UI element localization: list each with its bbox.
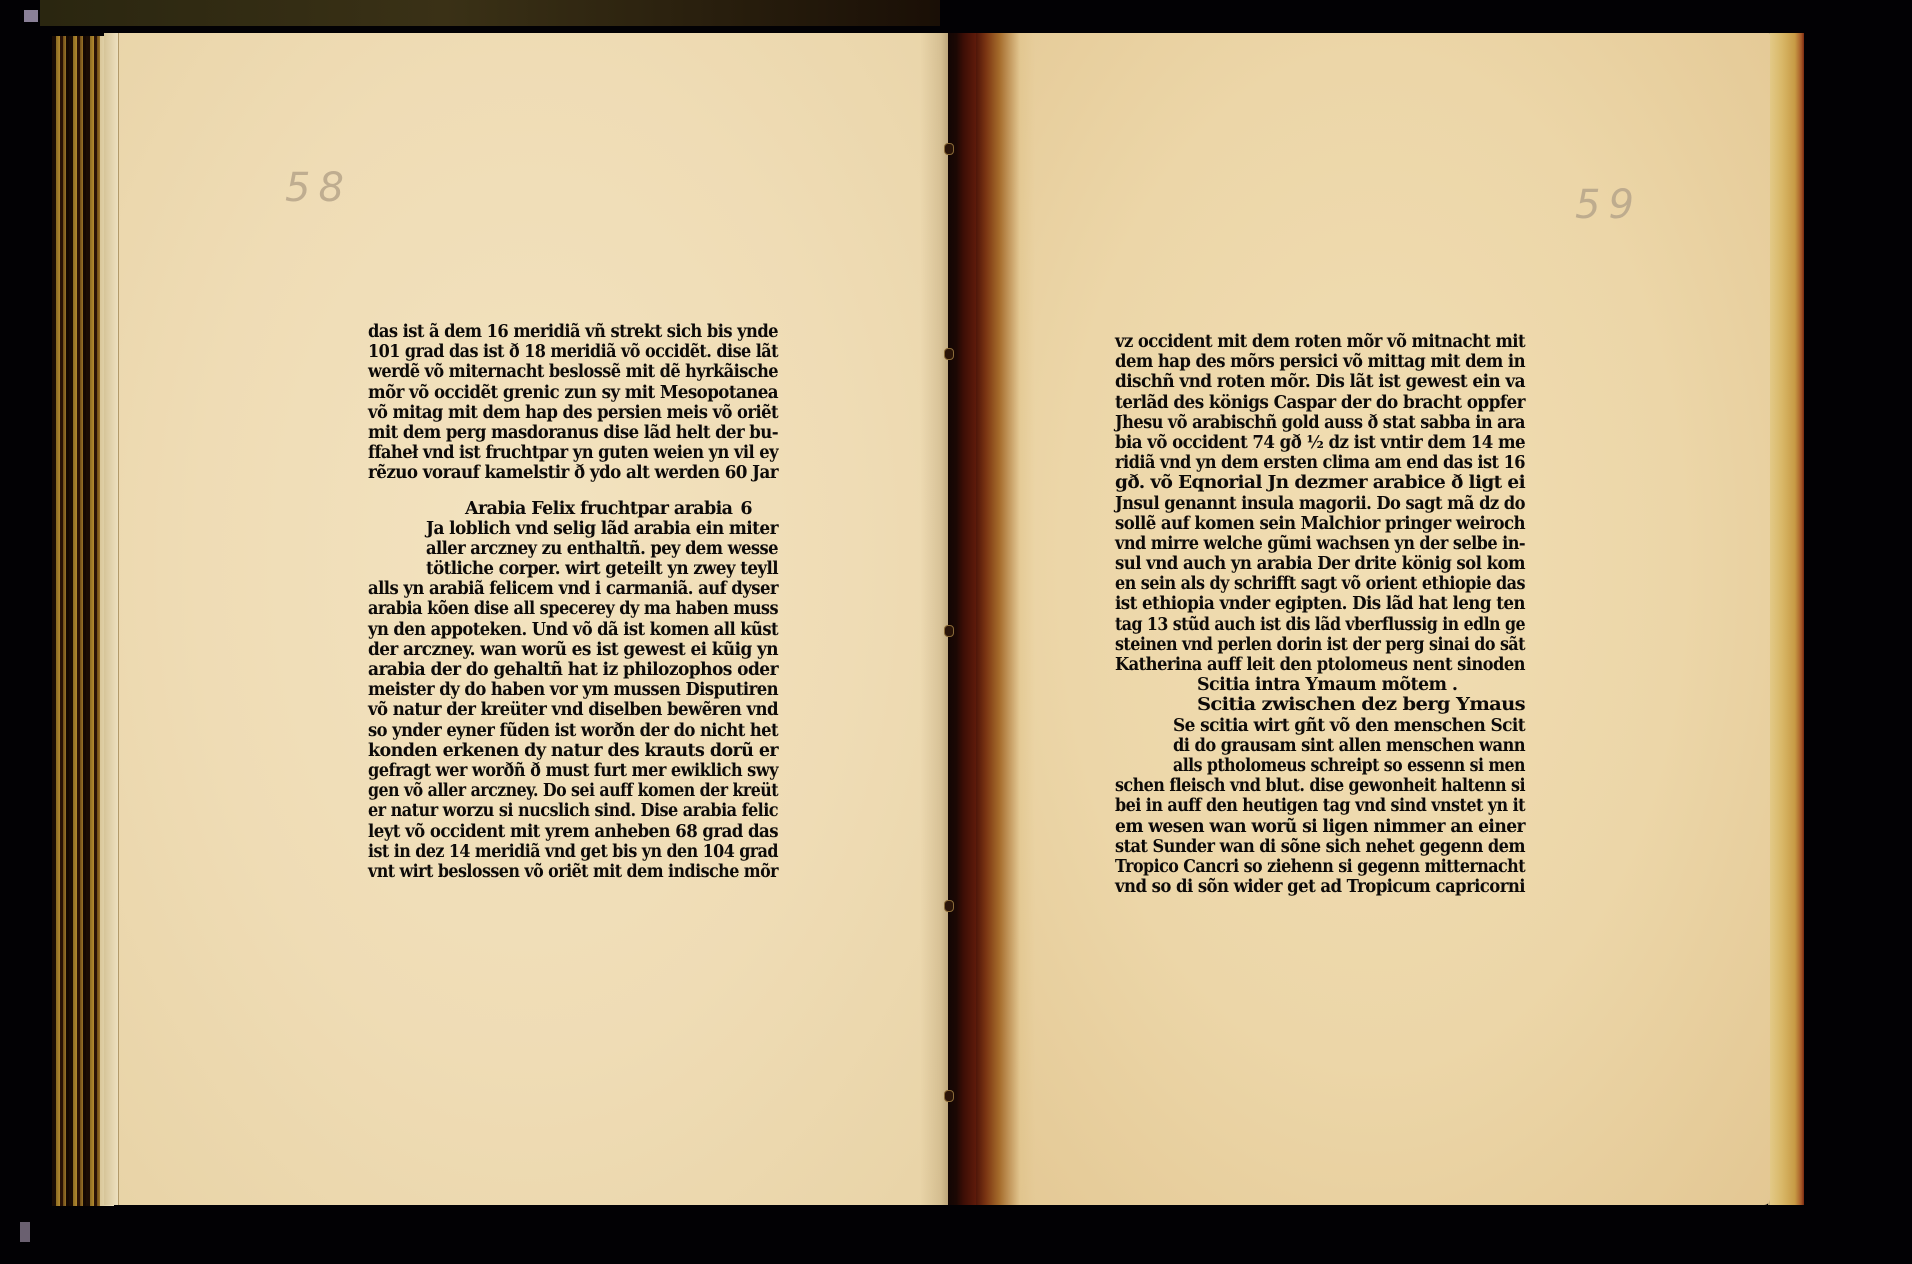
section-number: 6 [740, 499, 752, 519]
right-page-edges [1768, 33, 1804, 1205]
text-line: vnt wirt beslossen võ oriẽt mit dem indi… [368, 862, 778, 882]
text-line: võ mitag mit dem hap des persien meis võ… [368, 403, 778, 423]
text-line: aller arczney zu enthaltñ. pey dem wesse [368, 539, 778, 559]
text-line: Tropico Cancri so ziehenn si gegenn mitt… [1115, 857, 1525, 877]
text-line: bei in auff den heutigen tag vnd sind vn… [1115, 796, 1525, 816]
text-line: em wesen wan worũ si ligen nimmer an ein… [1115, 817, 1525, 837]
text-line: so ynder eyner fũden ist worðn der do ni… [368, 721, 778, 741]
text-line: Se scitia wirt gñt võ den menschen Scit [1115, 716, 1525, 736]
text-line: rẽzuo vorauf kamelstir ð ydo alt werden … [368, 463, 778, 483]
section-subheading: Scitia zwischen dez berg Ymaus [1115, 695, 1525, 715]
text-line: konden erkenen dy natur des krauts dorũ … [368, 741, 778, 761]
text-line: gen võ aller arczney. Do sei auff komen … [368, 781, 778, 801]
left-text-block: das ist ã dem 16 meridiã vñ strekt sich … [368, 322, 778, 882]
text-line: bia võ occident 74 gð ½ dz ist vntir dem… [1115, 433, 1525, 453]
page-number-right: 59 [1575, 182, 1642, 228]
paragraph-gap [368, 484, 778, 499]
text-line: dem hap des mõrs persici võ mittag mit d… [1115, 352, 1525, 372]
binding-stitch [944, 143, 954, 155]
text-line: Ja loblich vnd selig lãd arabia ein mite… [368, 519, 778, 539]
text-line: võ natur der kreüter vnd diselben bewẽre… [368, 700, 778, 720]
text-line: werdẽ võ miternacht beslossẽ mit dẽ hyrk… [368, 362, 778, 382]
book-cover-top-edge [40, 0, 940, 26]
text-line: terlãd des königs Caspar der do bracht o… [1115, 393, 1525, 413]
text-line: tag 13 stũd auch ist dis lãd vberflussig… [1115, 615, 1525, 635]
text-line: stat Sunder wan di sõne sich nehet gegen… [1115, 837, 1525, 857]
text-line: steinen vnd perlen dorin ist der perg si… [1115, 635, 1525, 655]
text-line: alls yn arabiã felicem vnd i carmaniã. a… [368, 579, 778, 599]
book-spine [948, 33, 976, 1205]
text-line: ist ethiopia vnder egipten. Dis lãd hat … [1115, 594, 1525, 614]
section-heading: Arabia Felix fruchtpar arabia 6 [368, 499, 778, 519]
right-text-block: vz occident mit dem roten mõr võ mitnach… [1115, 332, 1525, 897]
text-line: mõr võ occidẽt grenic zun sy mit Mesopot… [368, 383, 778, 403]
scan-marker [24, 10, 38, 22]
text-line: mit dem perg masdoranus dise lãd helt de… [368, 423, 778, 443]
text-line: tötliche corper. wirt geteilt yn zwey te… [368, 559, 778, 579]
text-line: dischñ vnd roten mõr. Dis lãt ist gewest… [1115, 372, 1525, 392]
binding-stitch [944, 900, 954, 912]
text-line: di do grausam sint allen menschen wann [1115, 736, 1525, 756]
text-line: sollẽ auf komen sein Malchior pringer we… [1115, 514, 1525, 534]
page-number-left: 58 [285, 165, 352, 211]
text-line: 101 grad das ist ð 18 meridiã võ occidẽt… [368, 342, 778, 362]
text-line: ist in dez 14 meridiã vnd get bis yn den… [368, 842, 778, 862]
book-scan: 58 59 das ist ã dem 16 meridiã vñ strekt… [0, 0, 1912, 1264]
section-heading: Scitia intra Ymaum mõtem . [1115, 675, 1525, 695]
text-line: er natur worzu si nucslich sind. Dise ar… [368, 801, 778, 821]
scan-marker-bottom [20, 1222, 30, 1242]
binding-stitch [944, 625, 954, 637]
text-line: Jnsul genannt insula magorii. Do sagt mã… [1115, 494, 1525, 514]
text-line: Katherina auff leit den ptolomeus nent s… [1115, 655, 1525, 675]
text-line: vnd so di sõn wider get ad Tropicum capr… [1115, 877, 1525, 897]
text-line: arabia kõen dise all specerey dy ma habe… [368, 599, 778, 619]
section-heading-title: Arabia Felix fruchtpar arabia [465, 499, 732, 519]
text-line: vz occident mit dem roten mõr võ mitnach… [1115, 332, 1525, 352]
text-line: vnd mirre welche gũmi wachsen yn der sel… [1115, 534, 1525, 554]
left-page-edges [52, 36, 110, 1206]
text-line: en sein als dy schrifft sagt võ orient e… [1115, 574, 1525, 594]
binding-stitch [944, 348, 954, 360]
text-line: gð. võ Eqnorial Jn dezmer arabice ð ligt… [1115, 473, 1525, 493]
text-line: yn den appoteken. Und võ dã ist komen al… [368, 620, 778, 640]
text-line: Jhesu võ arabischñ gold auss ð stat sabb… [1115, 413, 1525, 433]
text-line: ridiã vnd yn dem ersten clima am end das… [1115, 453, 1525, 473]
text-line: das ist ã dem 16 meridiã vñ strekt sich … [368, 322, 778, 342]
text-line: leyt võ occident mit yrem anheben 68 gra… [368, 822, 778, 842]
text-line: meister dy do haben vor ym mussen Disput… [368, 680, 778, 700]
text-line: sul vnd auch yn arabia Der drite könig s… [1115, 554, 1525, 574]
text-line: der arczney. wan worũ es ist gewest ei k… [368, 640, 778, 660]
text-line: arabia der do gehaltñ hat iz philozophos… [368, 660, 778, 680]
text-line: alls ptholomeus schreipt so essenn si me… [1115, 756, 1525, 776]
text-line: gefragt wer worðñ ð must furt mer ewikli… [368, 761, 778, 781]
text-line: ffaheł vnd ist fruchtpar yn guten weien … [368, 443, 778, 463]
text-line: schen fleisch vnd blut. dise gewonheit h… [1115, 776, 1525, 796]
binding-stitch [944, 1090, 954, 1102]
